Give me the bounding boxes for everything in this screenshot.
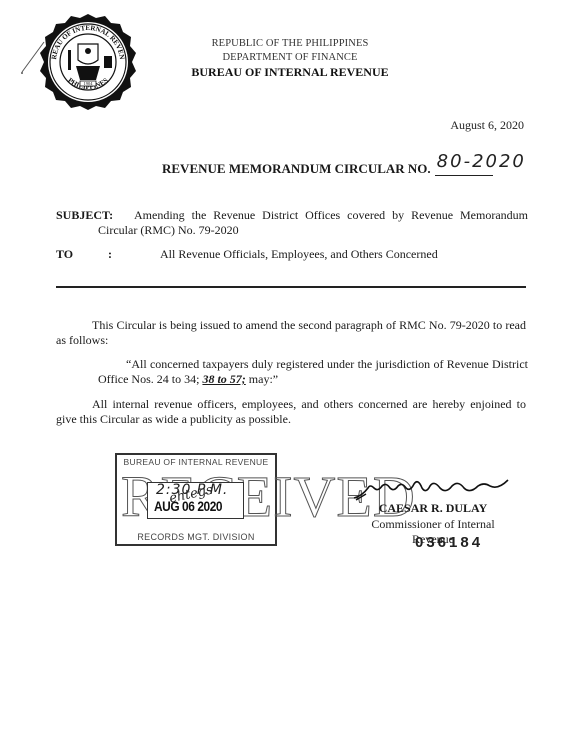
divider [56, 286, 526, 288]
document-date: August 6, 2020 [450, 118, 524, 133]
to-colon: : [108, 247, 160, 262]
to-label: TO [56, 247, 108, 262]
stamp-division: RECORDS MGT. DIVISION [117, 532, 275, 542]
quoted-paragraph: “All concerned taxpayers duly registered… [56, 357, 528, 387]
circular-title-prefix: REVENUE MEMORANDUM CIRCULAR NO. [162, 161, 431, 176]
paragraph-3: All internal revenue officers, employees… [56, 397, 526, 427]
paragraph-3-text: All internal revenue officers, employees… [56, 397, 526, 426]
signature [352, 474, 512, 504]
paragraph-1: This Circular is being issued to amend t… [56, 318, 526, 348]
quoted-text-a: “All concerned taxpayers duly registered… [98, 357, 528, 386]
to-block: TO:All Revenue Officials, Employees, and… [56, 247, 536, 262]
letterhead-republic: REPUBLIC OF THE PHILIPPINES [180, 37, 400, 51]
subject-block: SUBJECT: Amending the Revenue District O… [56, 208, 528, 238]
letterhead-bureau: BUREAU OF INTERNAL REVENUE [180, 65, 400, 79]
paragraph-1-text: This Circular is being issued to amend t… [56, 318, 526, 347]
circular-title: REVENUE MEMORANDUM CIRCULAR NO.80-2020 [162, 159, 493, 177]
subject-label: SUBJECT: [56, 208, 113, 222]
quoted-text-b: may:” [246, 372, 278, 386]
to-value: All Revenue Officials, Employees, and Ot… [160, 247, 438, 261]
subject-line-2: Circular (RMC) No. 79-2020 [56, 223, 528, 238]
letterhead: REPUBLIC OF THE PHILIPPINES DEPARTMENT O… [180, 37, 400, 79]
circular-number-field: 80-2020 [435, 159, 493, 176]
svg-text:1904: 1904 [84, 81, 94, 86]
signatory-name: CAESAR R. DULAY [352, 501, 514, 516]
letterhead-department: DEPARTMENT OF FINANCE [180, 51, 400, 65]
control-number: 036184 [415, 534, 483, 551]
amended-range: 38 to 57; [202, 372, 245, 386]
subject-line-1: Amending the Revenue District Offices co… [134, 208, 528, 222]
bir-seal-icon: BUREAU OF INTERNAL REVENUE PHILIPPINES 1… [38, 12, 138, 112]
received-stamp: BUREAU OF INTERNAL REVENUE RECEIVED 2:30… [115, 453, 277, 546]
circular-number: 80-2020 [437, 151, 526, 172]
